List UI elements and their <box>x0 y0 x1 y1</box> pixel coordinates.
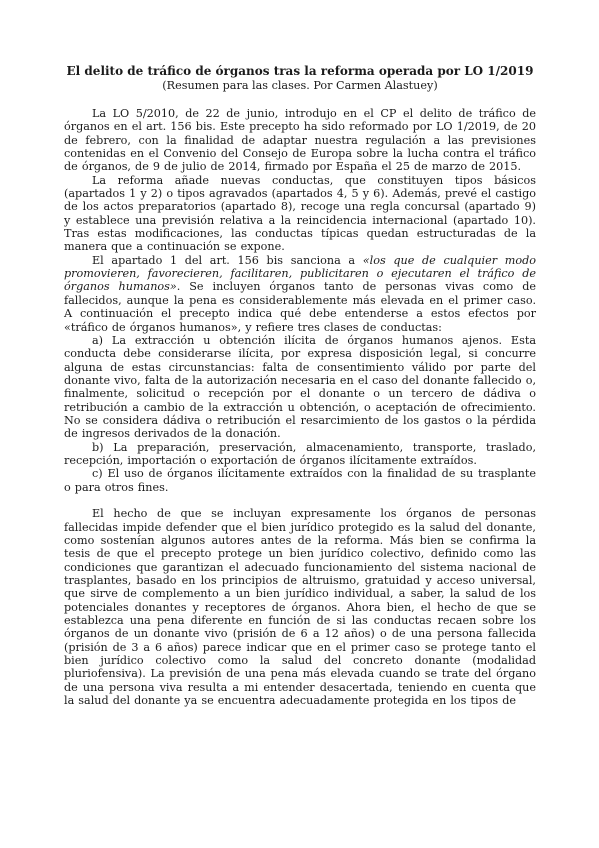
paragraph: La LO 5/2010, de 22 de junio, introdujo … <box>64 107 536 174</box>
paragraph: El apartado 1 del art. 156 bis sanciona … <box>64 254 536 334</box>
document-subtitle: (Resumen para las clases. Por Carmen Ala… <box>64 79 536 93</box>
body-text: El hecho de que se incluyan expresamente… <box>64 507 536 707</box>
document-page: El delito de tráfico de órganos tras la … <box>0 0 599 848</box>
document-body: La LO 5/2010, de 22 de junio, introdujo … <box>64 107 536 707</box>
body-text: La reforma añade nuevas conductas, que c… <box>64 174 536 254</box>
paragraph: c) El uso de órganos ilícitamente extraí… <box>64 467 536 494</box>
body-text: La LO 5/2010, de 22 de junio, introdujo … <box>64 107 536 173</box>
paragraph: a) La extracción u obtención ilícita de … <box>64 334 536 441</box>
body-text: c) El uso de órganos ilícitamente extraí… <box>64 467 536 493</box>
paragraph: El hecho de que se incluyan expresamente… <box>64 507 536 707</box>
body-text: b) La preparación, preservación, almacen… <box>64 441 536 467</box>
body-text: a) La extracción u obtención ilícita de … <box>64 334 536 440</box>
paragraph: La reforma añade nuevas conductas, que c… <box>64 174 536 254</box>
document-title: El delito de tráfico de órganos tras la … <box>64 64 536 79</box>
body-text: El apartado 1 del art. 156 bis sanciona … <box>92 254 363 267</box>
paragraph: b) La preparación, preservación, almacen… <box>64 441 536 468</box>
